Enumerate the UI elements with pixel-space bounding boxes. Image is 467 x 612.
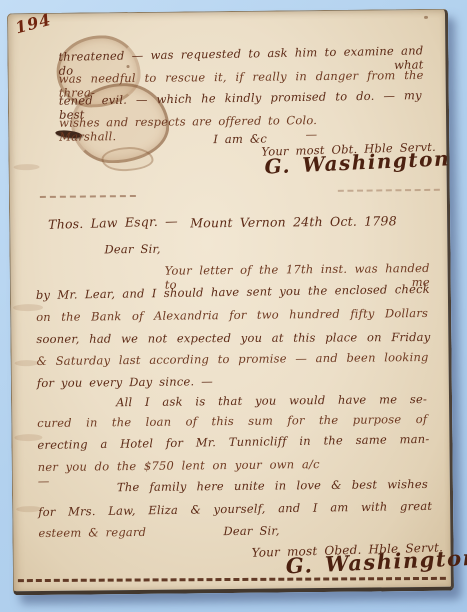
foxing-mark	[14, 164, 40, 170]
letter-body-line: for you every Day since. —	[37, 374, 213, 390]
speck	[424, 16, 428, 19]
letter-body-line: All I ask is that you would have me se-	[116, 392, 427, 409]
letter-addressee: Thos. Law Esqr. —	[48, 214, 178, 232]
letter-main: Thos. Law Esqr. — Mount Vernon 24th Oct.…	[8, 10, 445, 15]
letter-closing-salute: Dear Sir,	[223, 523, 279, 538]
letter-body-line: esteem & regard	[38, 525, 146, 540]
letter-body-line: sooner, had we not expected you at this …	[36, 330, 430, 346]
letter-body-line: erecting a Hotel for Mr. Tunnicliff in t…	[37, 432, 429, 452]
foxing-mark	[15, 360, 39, 366]
fragment-closing: I am &c	[213, 132, 267, 147]
letter-fragment: threatened — was requested to ask him to…	[8, 10, 445, 15]
letter-body-line: cured in the loan of this sum for the pu…	[37, 412, 427, 430]
letter-body-line: on the Bank of Alexandria for two hundre…	[36, 306, 428, 324]
letter-salutation: Dear Sir,	[104, 242, 160, 257]
page-number: 194	[13, 10, 53, 38]
letter-paper: 194 threatened — was requested to ask hi…	[7, 9, 454, 596]
separator-dashes	[40, 195, 136, 198]
letter-body-line: The family here unite in love & best wis…	[117, 477, 428, 494]
scanned-letter-page: { "page": { "page_number": "194" }, "fra…	[0, 0, 467, 612]
letter-body-line: & Saturday last according to promise — a…	[37, 350, 429, 368]
stain-blob-small	[101, 147, 153, 172]
letter-signature: G. Washington	[285, 551, 467, 574]
fragment-line: wishes and respects are offered to Colo.…	[59, 113, 317, 144]
letter-body-line: for Mrs. Law, Eliza & yourself, and I am…	[38, 499, 432, 519]
fragment-signature: G. Washington	[264, 151, 450, 173]
separator-dashes	[338, 189, 440, 192]
letter-dateline: Mount Vernon 24th Oct. 1798	[190, 214, 397, 230]
bottom-dashed-rule	[18, 577, 446, 582]
letter-body-line: by Mr. Lear, and I should have sent you …	[36, 282, 430, 302]
